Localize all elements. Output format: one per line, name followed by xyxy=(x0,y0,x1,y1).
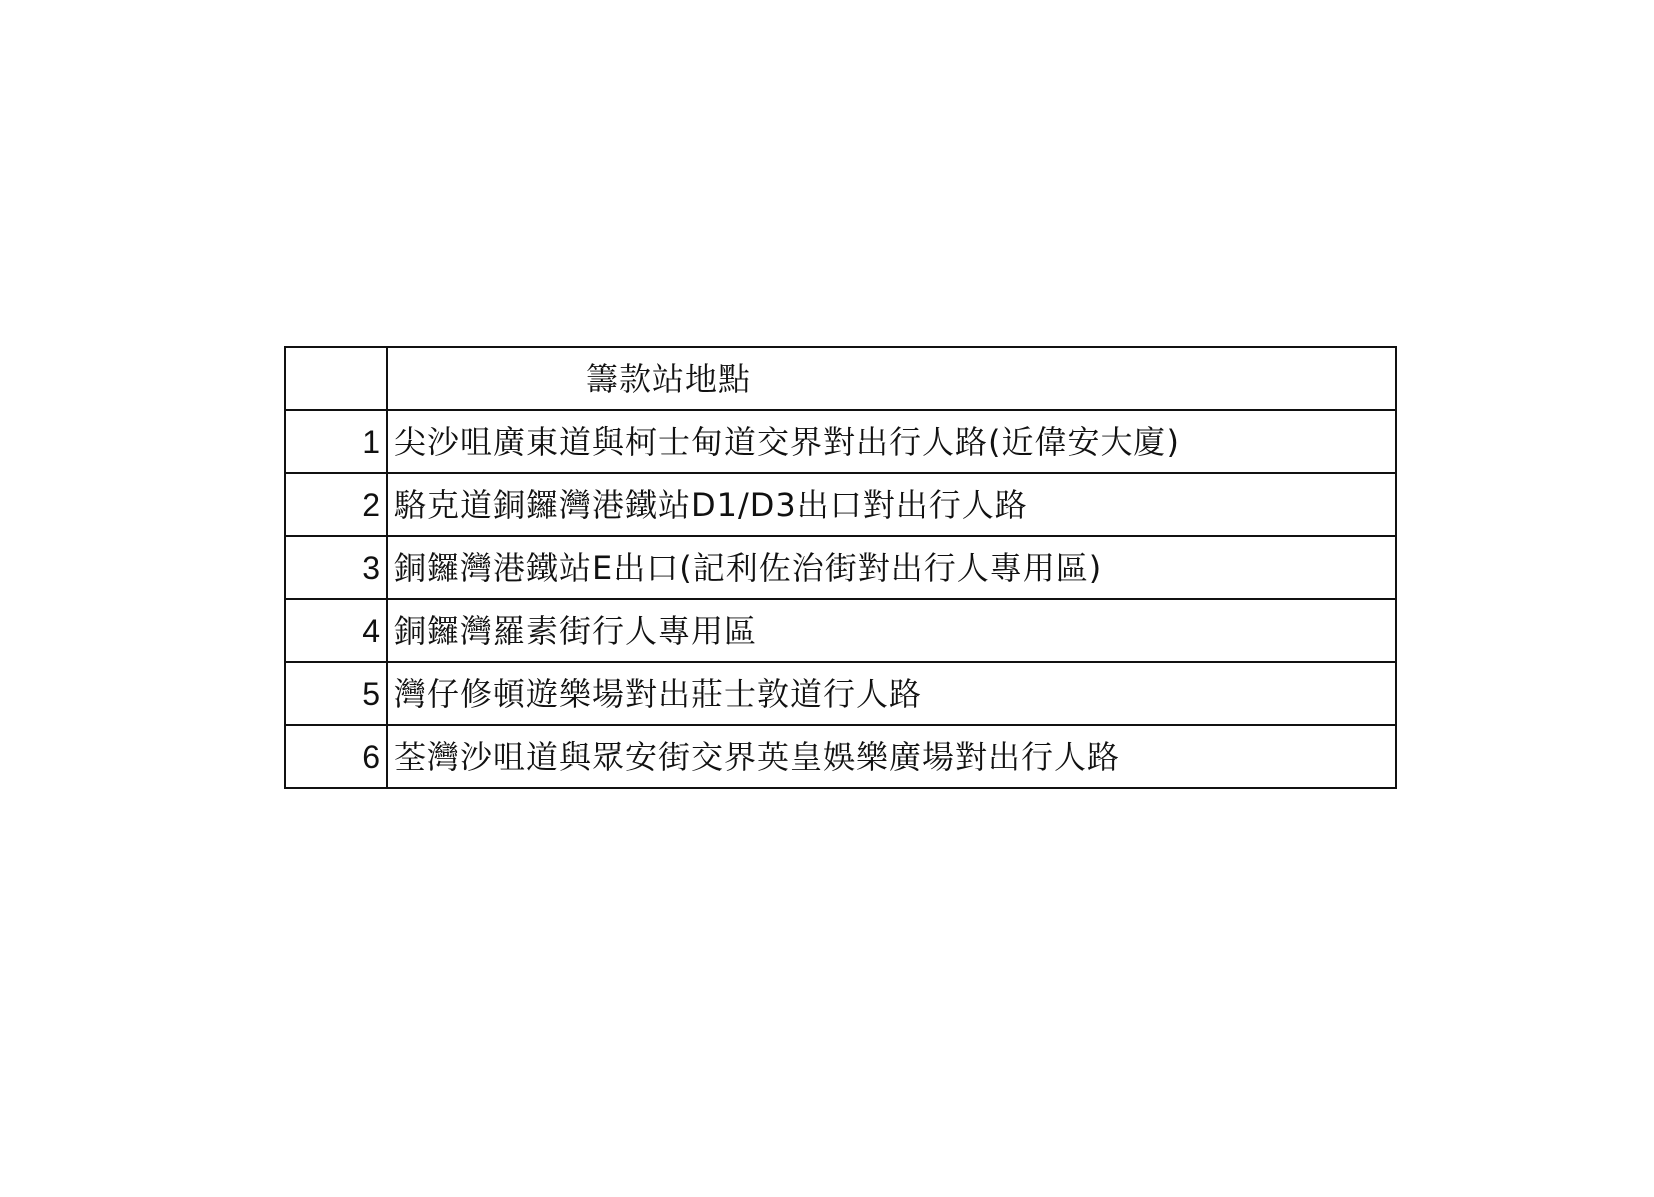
row-number: 4 xyxy=(285,599,387,662)
row-location: 銅鑼灣羅素街行人專用區 xyxy=(387,599,1396,662)
table-row: 3 銅鑼灣港鐵站E出口(記利佐治街對出行人專用區) xyxy=(285,536,1396,599)
row-number: 2 xyxy=(285,473,387,536)
fundraising-locations-table: 籌款站地點 1 尖沙咀廣東道與柯士甸道交界對出行人路(近偉安大廈) 2 駱克道銅… xyxy=(284,346,1397,789)
row-location: 荃灣沙咀道與眾安街交界英皇娛樂廣場對出行人路 xyxy=(387,725,1396,788)
row-location: 尖沙咀廣東道與柯士甸道交界對出行人路(近偉安大廈) xyxy=(387,410,1396,473)
table-row: 4 銅鑼灣羅素街行人專用區 xyxy=(285,599,1396,662)
row-number: 6 xyxy=(285,725,387,788)
table-row: 6 荃灣沙咀道與眾安街交界英皇娛樂廣場對出行人路 xyxy=(285,725,1396,788)
row-location: 駱克道銅鑼灣港鐵站D1/D3出口對出行人路 xyxy=(387,473,1396,536)
row-number: 5 xyxy=(285,662,387,725)
row-location: 銅鑼灣港鐵站E出口(記利佐治街對出行人專用區) xyxy=(387,536,1396,599)
row-location: 灣仔修頓遊樂場對出莊士敦道行人路 xyxy=(387,662,1396,725)
table-row: 1 尖沙咀廣東道與柯士甸道交界對出行人路(近偉安大廈) xyxy=(285,410,1396,473)
table-row: 5 灣仔修頓遊樂場對出莊士敦道行人路 xyxy=(285,662,1396,725)
table-row: 2 駱克道銅鑼灣港鐵站D1/D3出口對出行人路 xyxy=(285,473,1396,536)
document-page: 籌款站地點 1 尖沙咀廣東道與柯士甸道交界對出行人路(近偉安大廈) 2 駱克道銅… xyxy=(0,0,1654,1197)
table-header-row: 籌款站地點 xyxy=(285,347,1396,410)
row-number: 1 xyxy=(285,410,387,473)
header-location-cell: 籌款站地點 xyxy=(387,347,1396,410)
row-number: 3 xyxy=(285,536,387,599)
header-number-cell xyxy=(285,347,387,410)
